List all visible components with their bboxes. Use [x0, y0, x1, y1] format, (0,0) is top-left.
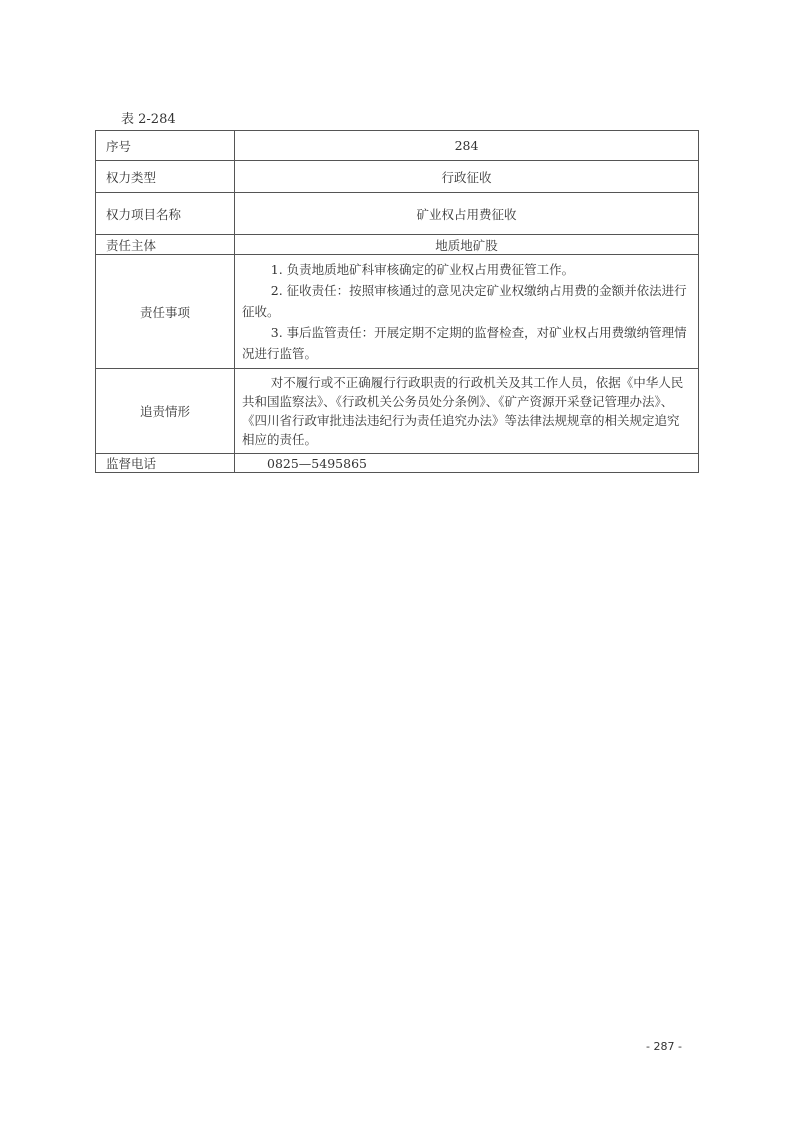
row-paragraphs: 1. 负责地质地矿科审核确定的矿业权占用费征管工作。 2. 征收责任：按照审核通…: [235, 255, 699, 369]
paragraph: 2. 征收责任：按照审核通过的意见决定矿业权缴纳占用费的金额并依法进行征收。: [242, 280, 690, 322]
row-label: 责任事项: [96, 255, 235, 369]
row-label: 监督电话: [96, 454, 235, 473]
row-value: 矿业权占用费征收: [235, 193, 699, 235]
paragraph: 对不履行或不正确履行行政职责的行政机关及其工作人员，依据《中华人民共和国监察法》…: [242, 373, 690, 449]
row-label: 序号: [96, 131, 235, 161]
supervision-phone: 0825—5495865: [235, 454, 699, 473]
row-value: 行政征收: [235, 161, 699, 193]
table-row-power-type: 权力类型 行政征收: [96, 161, 699, 193]
row-label: 责任主体: [96, 235, 235, 255]
table-row-item-name: 权力项目名称 矿业权占用费征收: [96, 193, 699, 235]
table-row-responsibilities: 责任事项 1. 负责地质地矿科审核确定的矿业权占用费征管工作。 2. 征收责任：…: [96, 255, 699, 369]
table-row-serial: 序号 284: [96, 131, 699, 161]
row-value: 地质地矿股: [235, 235, 699, 255]
table-row-accountability: 追责情形 对不履行或不正确履行行政职责的行政机关及其工作人员，依据《中华人民共和…: [96, 369, 699, 454]
table-caption: 表 2-284: [121, 108, 176, 127]
table-row-responsible-entity: 责任主体 地质地矿股: [96, 235, 699, 255]
row-paragraphs: 对不履行或不正确履行行政职责的行政机关及其工作人员，依据《中华人民共和国监察法》…: [235, 369, 699, 454]
table-row-phone: 监督电话 0825—5495865: [96, 454, 699, 473]
paragraph: 1. 负责地质地矿科审核确定的矿业权占用费征管工作。: [242, 259, 690, 280]
page-number: - 287 -: [646, 1040, 682, 1053]
row-value: 284: [235, 131, 699, 161]
row-label: 权力项目名称: [96, 193, 235, 235]
row-label: 追责情形: [96, 369, 235, 454]
paragraph: 3. 事后监管责任：开展定期不定期的监督检查，对矿业权占用费缴纳管理情况进行监管…: [242, 322, 690, 364]
row-label: 权力类型: [96, 161, 235, 193]
power-item-table: 序号 284 权力类型 行政征收 权力项目名称 矿业权占用费征收 责任主体 地质…: [95, 130, 699, 473]
